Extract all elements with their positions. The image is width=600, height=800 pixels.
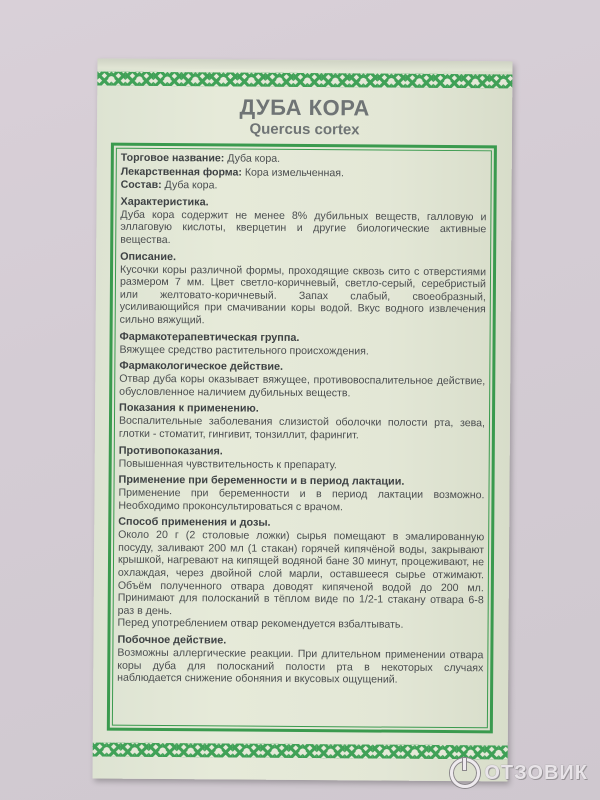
product-latin-name: Quercus cortex: [97, 120, 512, 140]
instructions-panel: Торговое название: Дуба кора. Лекарствен…: [107, 143, 497, 734]
product-title: ДУБА КОРА: [97, 94, 512, 123]
section-indications: Показания к применению. Воспалительные з…: [119, 402, 485, 443]
power-circle-icon: [450, 758, 480, 788]
info-composition: Состав: Дуба кора.: [121, 179, 487, 194]
ornament-border-bottom: [93, 743, 508, 760]
watermark-text: ОТЗОВИК: [484, 762, 588, 785]
section-pharmacological-action: Фармакологическое действие. Отвар дуба к…: [119, 360, 485, 401]
section-characteristics: Характеристика. Дуба кора содержит не ме…: [120, 196, 486, 249]
section-description: Описание. Кусочки коры различной формы, …: [120, 250, 487, 329]
section-pharmacotherapeutic-group: Фармакотерапевтическая группа. Вяжущее с…: [119, 330, 485, 358]
section-contraindications: Противопоказания. Повышенная чувствитель…: [119, 444, 485, 472]
section-dosage: Способ применения и дозы. Около 20 г (2 …: [118, 516, 485, 632]
section-pregnancy-lactation: Применение при беременности и в период л…: [118, 474, 484, 515]
section-side-effects: Побочное действие. Возможны аллергически…: [117, 634, 483, 687]
otzovik-watermark: ОТЗОВИК: [450, 758, 588, 788]
info-trade-name: Торговое название: Дуба кора.: [121, 152, 487, 167]
info-dosage-form: Лекарственная форма: Кора измельченная.: [121, 165, 487, 180]
medicine-box: ДУБА КОРА Quercus cortex Торговое назван…: [92, 59, 512, 782]
ornament-border-top: [97, 72, 512, 89]
